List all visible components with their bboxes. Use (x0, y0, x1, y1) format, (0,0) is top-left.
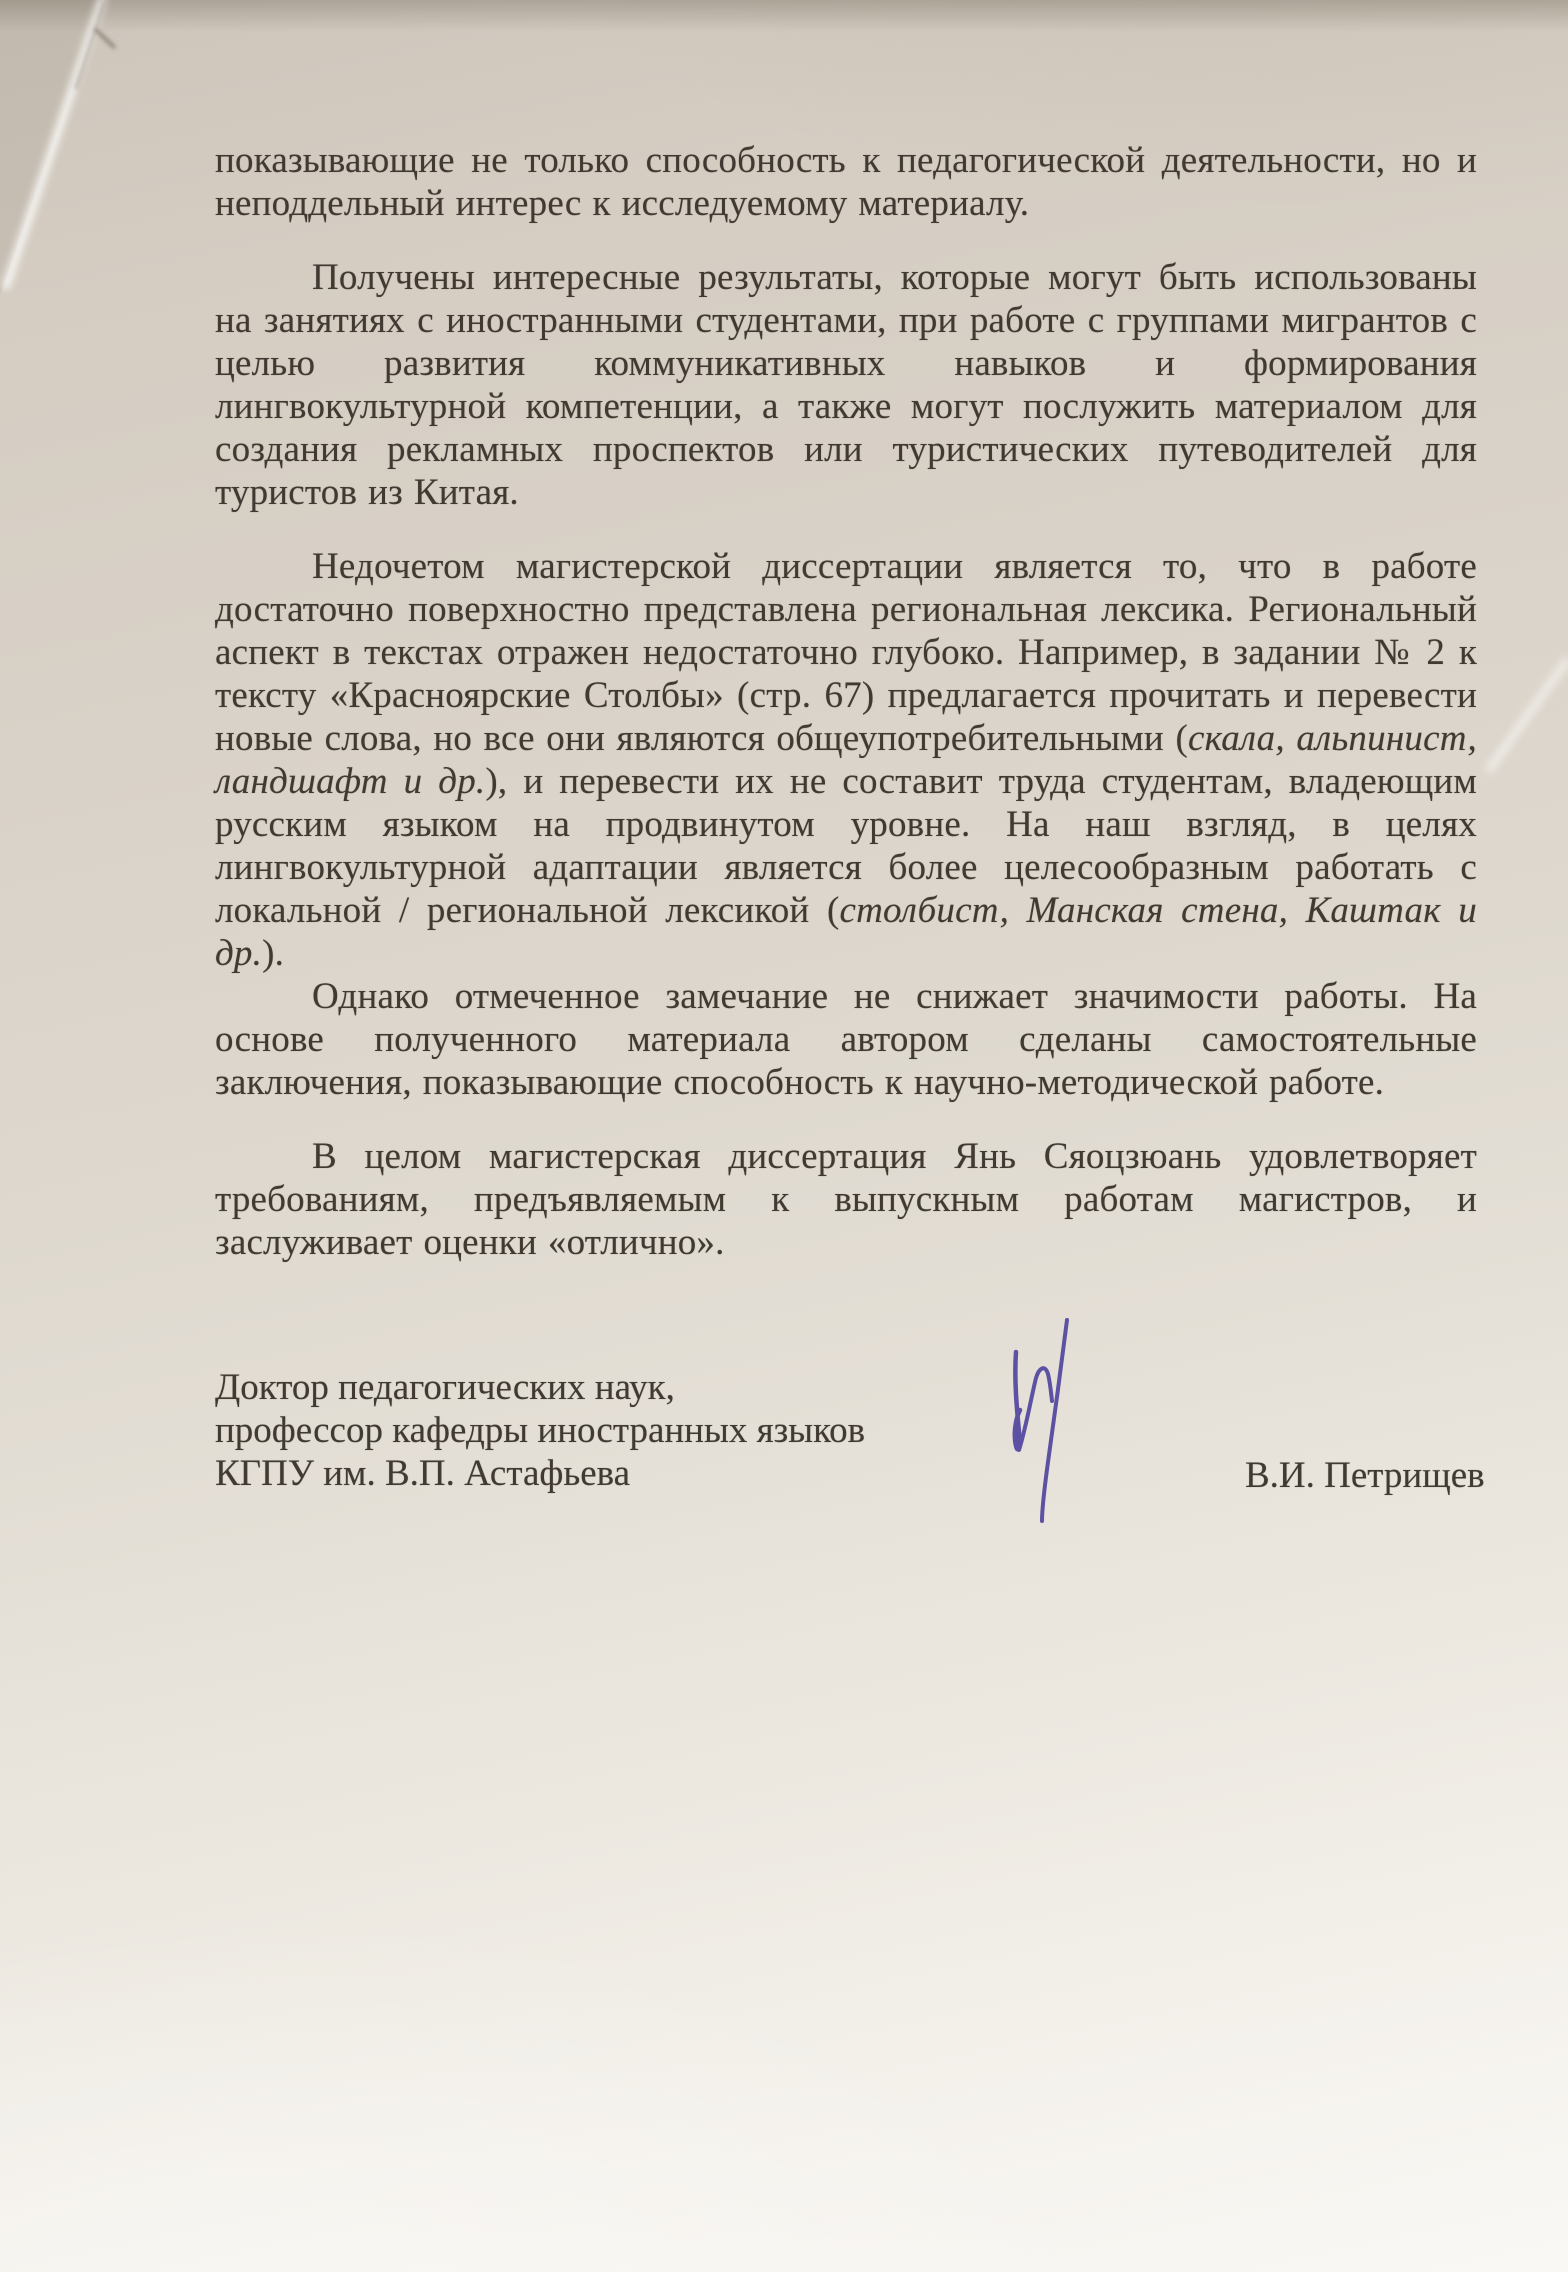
scanned-page: показывающие не только способность к пед… (0, 0, 1568, 2272)
signer-title-block: Доктор педагогических наук,профессор каф… (215, 1366, 865, 1495)
text-run: Однако отмеченное замечание не снижает з… (215, 976, 1477, 1103)
text-run: Получены интересные результаты, которые … (215, 257, 1477, 513)
paragraph-5: В целом магистерская диссертация Янь Сяо… (215, 1135, 1477, 1264)
corner-crease-mark (96, 30, 114, 47)
paragraph-2: Получены интересные результаты, которые … (215, 256, 1477, 514)
paragraph-4: Однако отмеченное замечание не снижает з… (215, 975, 1477, 1104)
text-run: показывающие не только способность к пед… (215, 140, 1477, 224)
signer-title-line-3: КГПУ им. В.П. Астафьева (215, 1452, 865, 1495)
text-run: ). (262, 933, 284, 974)
text-run: В целом магистерская диссертация Янь Сяо… (215, 1136, 1477, 1263)
signer-name: В.И. Петрищев (1245, 1454, 1485, 1497)
scan-top-shadow (0, 0, 1568, 32)
document-body: показывающие не только способность к пед… (215, 139, 1477, 1295)
signer-title-line-2: профессор кафедры иностранных языков (215, 1409, 865, 1452)
paragraph-1: показывающие не только способность к пед… (215, 139, 1477, 225)
pen-signature (1015, 1320, 1067, 1521)
right-edge-crease (1490, 662, 1566, 768)
paper-fold-crease (0, 0, 104, 295)
signer-title-line-1: Доктор педагогических наук, (215, 1366, 865, 1409)
paragraph-3: Недочетом магистерской диссертации являе… (215, 545, 1477, 975)
